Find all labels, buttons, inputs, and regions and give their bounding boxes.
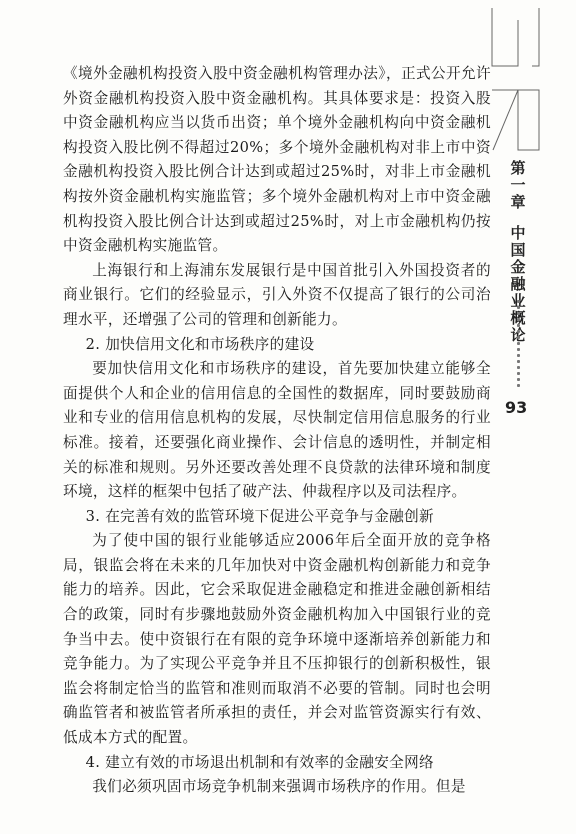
section-heading: 4. 建立有效的市场退出机制和有效率的金融安全网络: [63, 751, 491, 776]
chapter-tab-decoration-icon: [490, 0, 576, 160]
title-char: 金: [508, 259, 528, 276]
leader-dots: [515, 300, 521, 390]
section-heading: 2. 加快信用文化和市场秩序的建设: [63, 333, 491, 358]
chapter-char: 章: [508, 194, 528, 211]
chapter-char: 一: [508, 177, 528, 194]
page-number: 93: [505, 398, 527, 417]
paragraph: 《境外金融机构投资入股中资金融机构管理办法》，正式公开允许外资金融机构投资入股中…: [63, 62, 491, 259]
title-char: 国: [508, 242, 528, 259]
paragraph: 要加快信用文化和市场秩序的建设，首先要加快建立能够全面提供个人和企业的信用信息的…: [63, 357, 491, 505]
section-heading: 3. 在完善有效的监管环境下促进公平竞争与金融创新: [63, 505, 491, 530]
paragraph: 为了使中国的银行业能够适应2006年后全面开放的竞争格局，银监会将在未来的几年加…: [63, 529, 491, 750]
paragraph: 上海银行和上海浦东发展银行是中国首批引入外国投资者的商业银行。它们的经验显示，引…: [63, 259, 491, 333]
chapter-char: 第: [508, 160, 528, 177]
title-char: 融: [508, 276, 528, 293]
page-body: 《境外金融机构投资入股中资金融机构管理办法》，正式公开允许外资金融机构投资入股中…: [63, 62, 491, 800]
paragraph: 我们必须巩固市场竞争机制来强调市场秩序的作用。但是: [63, 775, 491, 800]
title-char: 中: [508, 225, 528, 242]
